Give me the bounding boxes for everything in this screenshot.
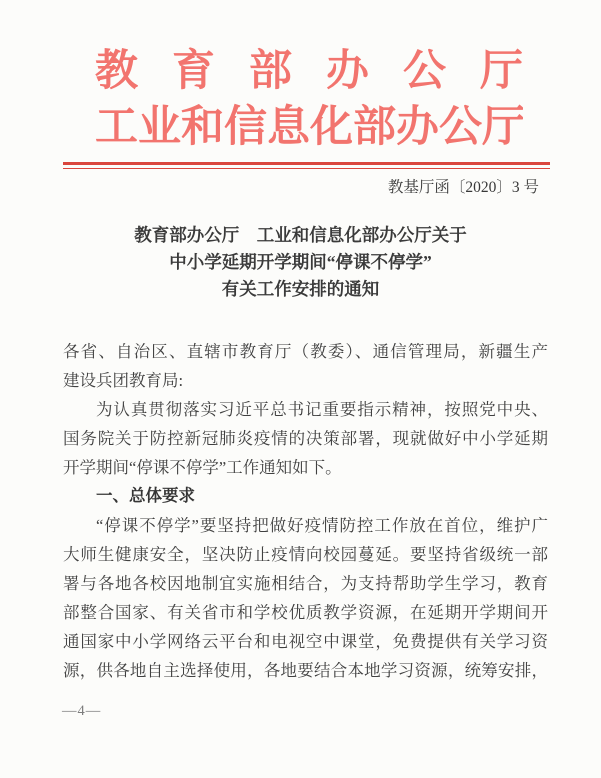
paragraph-line: 署与各地各校因地制宜实施相结合，为支持帮助学生学习，教育 [63,569,548,598]
letterhead-line-2: 工业和信息化部办公厅 [95,100,523,156]
paragraph-line: 开学期间“停课不停学”工作通知如下。 [63,453,548,482]
title-line-2: 中小学延期开学期间“停课不停学” [0,249,601,276]
paragraph-line: 大师生健康安全，坚决防止疫情向校园蔓延。要坚持省级统一部 [63,540,548,569]
paragraph-line: 国务院关于防控新冠肺炎疫情的决策部署，现就做好中小学延期 [63,424,548,453]
paragraph-line: 为认真贯彻落实习近平总书记重要指示精神，按照党中央、 [63,395,548,424]
title-line-1: 教育部办公厅 工业和信息化部办公厅关于 [0,222,601,249]
page-number: —4— [62,703,101,720]
scanned-notice-page: 教育部办公厅 工业和信息化部办公厅 教基厅函〔2020〕3 号 教育部办公厅 工… [0,0,601,778]
title-line-3: 有关工作安排的通知 [0,276,601,303]
paragraph-line: 源，供各地自主选择使用，各地要结合本地学习资源，统筹安排， [63,656,548,685]
section-heading: 一、总体要求 [63,482,548,511]
salutation-line: 建设兵团教育局: [63,366,548,395]
salutation-line: 各省、自治区、直辖市教育厅（教委）、通信管理局，新疆生产 [63,337,548,366]
notice-title: 教育部办公厅 工业和信息化部办公厅关于 中小学延期开学期间“停课不停学” 有关工… [0,222,601,303]
letterhead-divider-rule [63,162,550,169]
notice-body: 各省、自治区、直辖市教育厅（教委）、通信管理局，新疆生产 建设兵团教育局: 为认… [63,337,548,685]
paragraph-line: “停课不停学”要坚持把做好疫情防控工作放在首位，维护广 [63,511,548,540]
paragraph-line: 通国家中小学网络云平台和电视空中课堂，免费提供有关学习资 [63,627,548,656]
red-letterhead: 教育部办公厅 工业和信息化部办公厅 [95,44,523,156]
document-number: 教基厅函〔2020〕3 号 [63,179,539,197]
paragraph-line: 部整合国家、有关省市和学校优质教学资源，在延期开学期间开 [63,598,548,627]
letterhead-line-1: 教育部办公厅 [95,44,523,100]
